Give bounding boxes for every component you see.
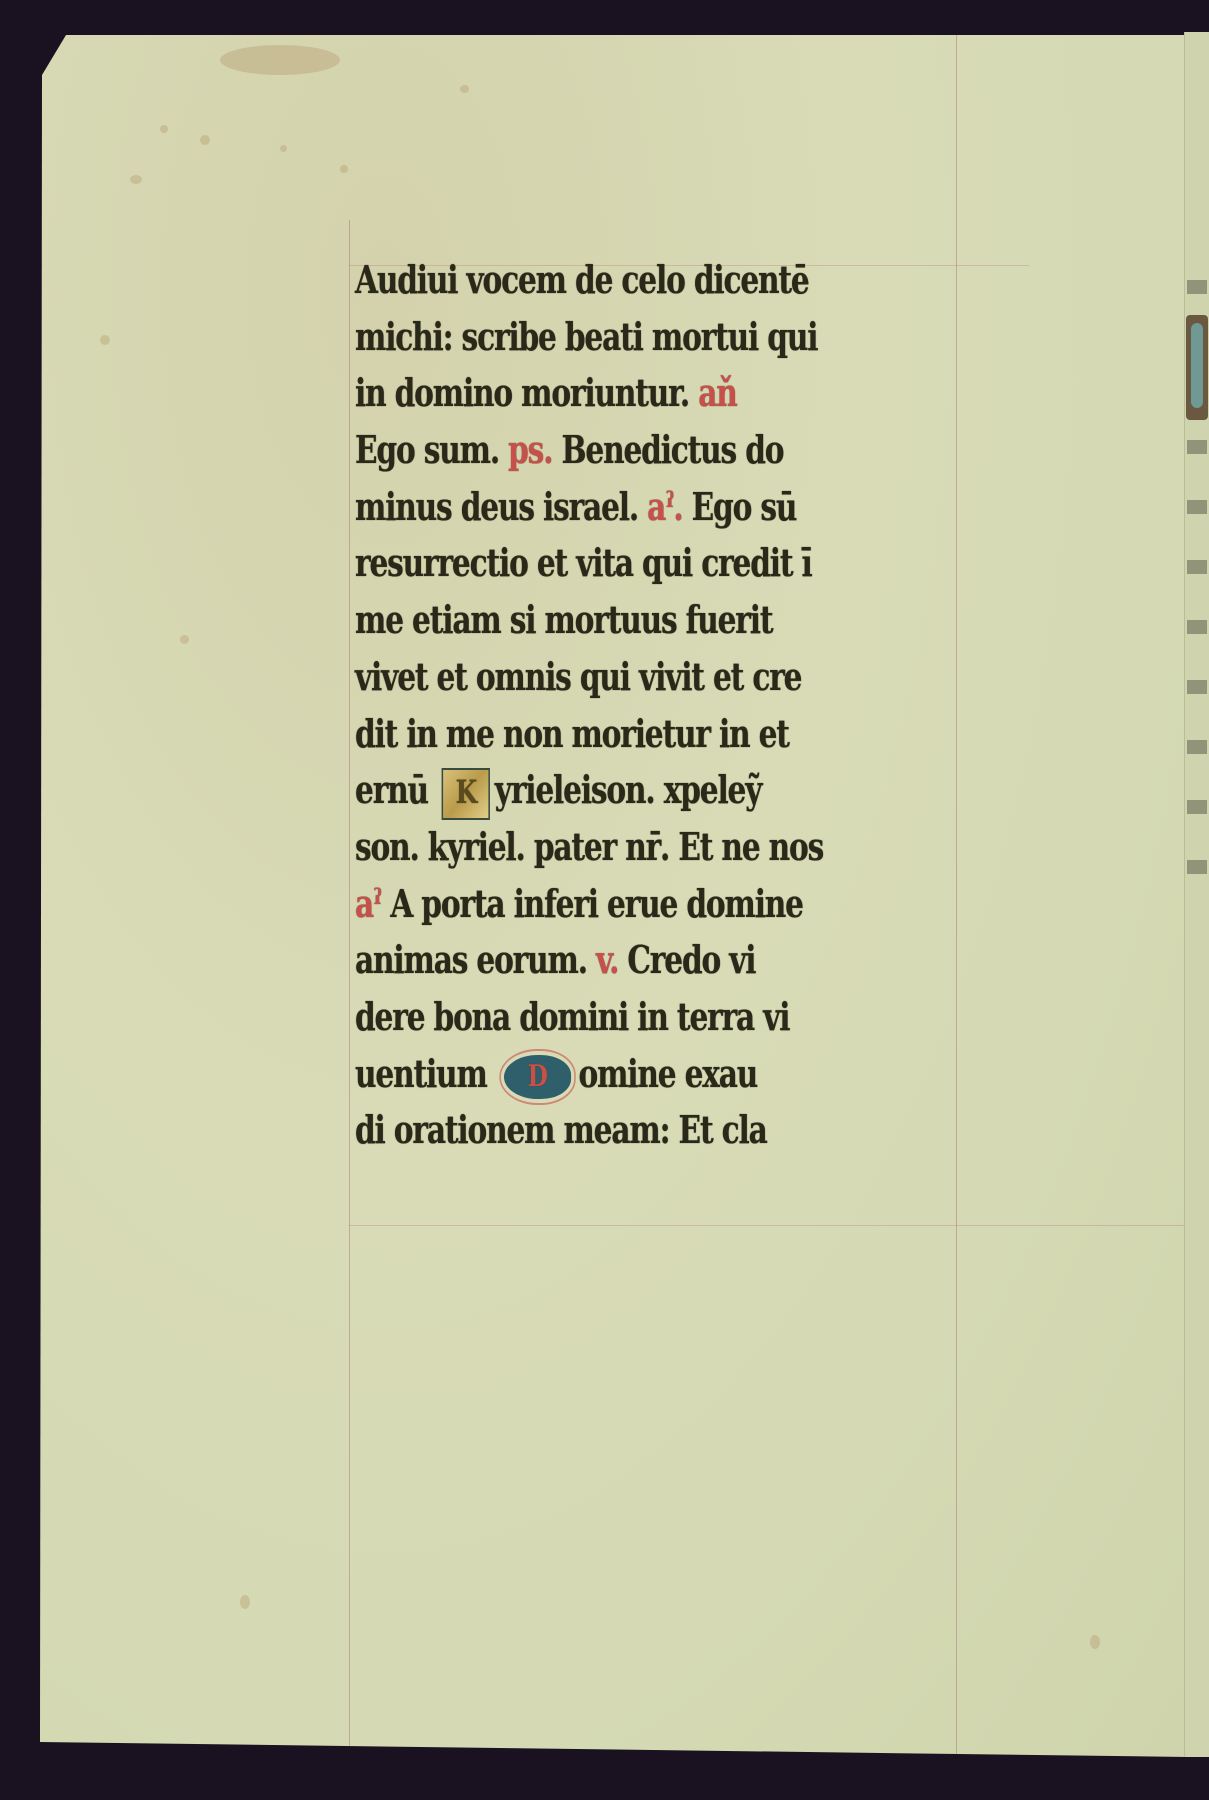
text-line: ernū Kyrieleison. xpeleỹ xyxy=(355,762,854,819)
text-line: Ego sum. ps. Benedictus do xyxy=(355,422,854,479)
stain xyxy=(160,125,168,133)
rubric-text: aň xyxy=(698,370,736,415)
adjacent-leaf-text-line xyxy=(1187,860,1207,874)
text-line: aˀ A porta inferi erue domine xyxy=(355,876,854,933)
script-text: son. kyriel. pater nr̄. Et ne nos xyxy=(355,824,823,869)
script-text: michi: scribe beati mortui qui xyxy=(355,314,817,359)
script-text: Credo vi xyxy=(618,937,755,982)
script-text: animas eorum. xyxy=(355,937,596,982)
text-line: minus deus israel. aˀ. Ego sū xyxy=(355,479,854,536)
script-text: vivet et omnis qui vivit et cre xyxy=(355,654,801,699)
script-text: omine exau xyxy=(578,1051,757,1096)
stain xyxy=(280,145,287,152)
text-line: in domino moriuntur. aň xyxy=(355,365,854,422)
script-text: A porta inferi erue domine xyxy=(381,881,803,926)
stain xyxy=(200,135,210,145)
rubric-text: v. xyxy=(596,937,618,982)
script-text: Ego sū xyxy=(682,484,796,529)
script-text: resurrectio et vita qui credit ī xyxy=(355,540,812,585)
stain xyxy=(240,1595,250,1609)
script-text: Ego sum. xyxy=(355,427,508,472)
script-text: yrieleison. xpeleỹ xyxy=(495,767,762,812)
stain xyxy=(100,335,110,345)
rubric-text: aˀ. xyxy=(647,484,682,529)
text-line: michi: scribe beati mortui qui xyxy=(355,309,854,366)
script-text: minus deus israel. xyxy=(355,484,647,529)
stain xyxy=(340,165,348,173)
rubric-text: aˀ xyxy=(355,881,381,926)
manuscript-text-block: Audiui vocem de celo dicentēmichi: scrib… xyxy=(355,252,995,1159)
script-text: uentium xyxy=(355,1051,496,1096)
stain xyxy=(130,175,142,184)
gilded-initial: K xyxy=(442,768,490,820)
text-line: dere bona domini in terra vi xyxy=(355,989,854,1046)
ruling-line-left xyxy=(349,220,350,1755)
text-line: di orationem meam: Et cla xyxy=(355,1102,854,1159)
adjacent-leaf-text-line xyxy=(1187,680,1207,694)
script-text: Benedictus do xyxy=(552,427,783,472)
text-line: animas eorum. v. Credo vi xyxy=(355,932,854,989)
text-line: me etiam si mortuus fuerit xyxy=(355,592,854,649)
text-line: Audiui vocem de celo dicentē xyxy=(355,252,854,309)
text-line: vivet et omnis qui vivit et cre xyxy=(355,649,854,706)
adjacent-leaf-text-line xyxy=(1187,560,1207,574)
script-text: dit in me non morietur in et xyxy=(355,711,789,756)
text-line: son. kyriel. pater nr̄. Et ne nos xyxy=(355,819,854,876)
text-line: uentium Domine exau xyxy=(355,1046,854,1103)
adjacent-leaf-text-line xyxy=(1187,500,1207,514)
ruling-line-bottom xyxy=(349,1225,1189,1226)
adjacent-leaf-text-line xyxy=(1187,800,1207,814)
script-text: dere bona domini in terra vi xyxy=(355,994,789,1039)
script-text: di orationem meam: Et cla xyxy=(355,1107,767,1152)
adjacent-leaf-text-line xyxy=(1187,620,1207,634)
rubric-text: ps. xyxy=(508,427,552,472)
blue-initial: D xyxy=(504,1055,571,1099)
script-text: ernū xyxy=(355,767,437,812)
stain xyxy=(220,45,340,75)
text-line: resurrectio et vita qui credit ī xyxy=(355,535,854,592)
text-line: dit in me non morietur in et xyxy=(355,706,854,763)
adjacent-leaf-text-line xyxy=(1187,440,1207,454)
script-text: me etiam si mortuus fuerit xyxy=(355,597,772,642)
stain xyxy=(180,635,189,644)
adjacent-leaf-text-line xyxy=(1187,740,1207,754)
script-text: Audiui vocem de celo dicentē xyxy=(355,257,809,302)
adjacent-leaf-illuminated-initial xyxy=(1186,315,1208,420)
stain xyxy=(460,85,469,93)
script-text: in domino moriuntur. xyxy=(355,370,698,415)
adjacent-leaf-text-line xyxy=(1187,280,1207,294)
stain xyxy=(1090,1635,1100,1649)
